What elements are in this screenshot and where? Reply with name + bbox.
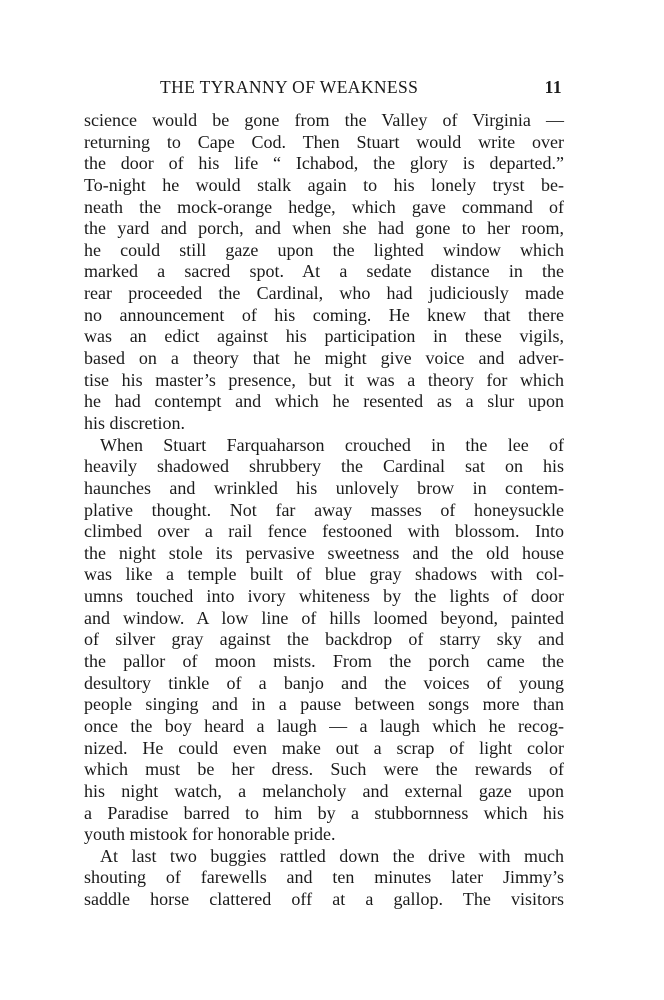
- body-text: science would be gone from the Valley of…: [84, 110, 564, 911]
- text-line: he could still gaze upon the lighted win…: [84, 240, 564, 262]
- text-line: of silver gray against the backdrop of s…: [84, 629, 564, 651]
- text-line: he had contempt and which he resented as…: [84, 391, 564, 413]
- text-line: To-night he would stalk again to his lon…: [84, 175, 564, 197]
- text-line: saddle horse clattered off at a gallop. …: [84, 889, 564, 911]
- text-line: science would be gone from the Valley of…: [84, 110, 564, 132]
- text-line: his discretion.: [84, 413, 564, 435]
- text-line: based on a theory that he might give voi…: [84, 348, 564, 370]
- text-line: the night stole its pervasive sweetness …: [84, 543, 564, 565]
- text-line: neath the mock-orange hedge, which gave …: [84, 197, 564, 219]
- running-title: THE TYRANNY OF WEAKNESS: [160, 77, 418, 98]
- text-line: nized. He could even make out a scrap of…: [84, 738, 564, 760]
- text-line: climbed over a rail fence festooned with…: [84, 521, 564, 543]
- text-line: the pallor of moon mists. From the porch…: [84, 651, 564, 673]
- text-line: people singing and in a pause between so…: [84, 694, 564, 716]
- text-line: once the boy heard a laugh — a laugh whi…: [84, 716, 564, 738]
- text-line: haunches and wrinkled his unlovely brow …: [84, 478, 564, 500]
- text-line: rear proceeded the Cardinal, who had jud…: [84, 283, 564, 305]
- text-line: youth mistook for honorable pride.: [84, 824, 564, 846]
- text-line: which must be her dress. Such were the r…: [84, 759, 564, 781]
- text-line: umns touched into ivory whiteness by the…: [84, 586, 564, 608]
- text-line: tise his master’s presence, but it was a…: [84, 370, 564, 392]
- book-page: THE TYRANNY OF WEAKNESS 11 science would…: [84, 74, 564, 911]
- text-line: and window. A low line of hills loomed b…: [84, 608, 564, 630]
- text-line: returning to Cape Cod. Then Stuart would…: [84, 132, 564, 154]
- text-line: desultory tinkle of a banjo and the voic…: [84, 673, 564, 695]
- text-line: heavily shadowed shrubbery the Cardinal …: [84, 456, 564, 478]
- paragraph-start-line: At last two buggies rattled down the dri…: [84, 846, 564, 868]
- text-line: his night watch, a melancholy and extern…: [84, 781, 564, 803]
- page-number: 11: [545, 77, 562, 98]
- paragraph-start-line: When Stuart Farquaharson crouched in the…: [84, 435, 564, 457]
- running-header: THE TYRANNY OF WEAKNESS 11: [84, 74, 564, 104]
- text-line: shouting of farewells and ten minutes la…: [84, 867, 564, 889]
- text-line: was like a temple built of blue gray sha…: [84, 564, 564, 586]
- text-line: was an edict against his participation i…: [84, 326, 564, 348]
- text-line: the door of his life “ Ichabod, the glor…: [84, 153, 564, 175]
- text-line: plative thought. Not far away masses of …: [84, 500, 564, 522]
- text-line: the yard and porch, and when she had gon…: [84, 218, 564, 240]
- text-line: marked a sacred spot. At a sedate distan…: [84, 261, 564, 283]
- text-line: no announcement of his coming. He knew t…: [84, 305, 564, 327]
- text-line: a Paradise barred to him by a stubbornne…: [84, 803, 564, 825]
